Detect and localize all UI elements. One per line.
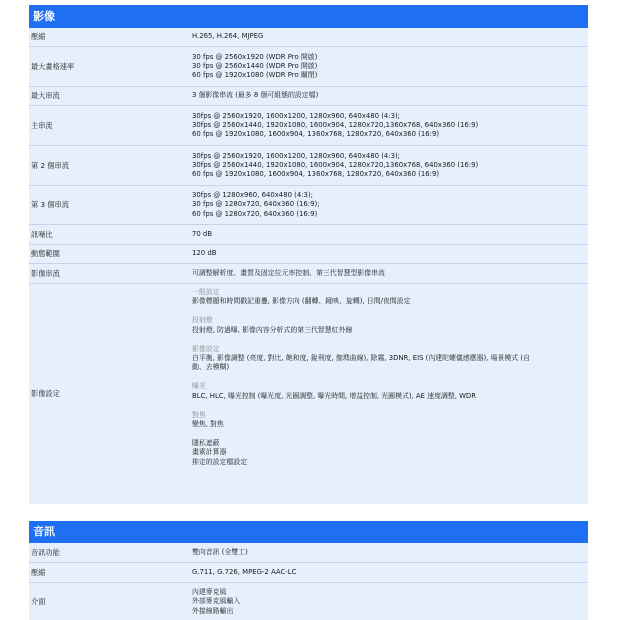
spec-row-image-settings: 影像設定 一般設定 影像標題和時間戳記重疊, 影像方向 (翻轉、鏡映、旋轉), … xyxy=(29,284,588,504)
spec-value: 可調整解析度、畫質及固定位元率控制、第三代智慧型影像串流 xyxy=(192,264,588,283)
spec-label: 訊噪比 xyxy=(29,225,192,244)
spec-value: 3 個影像串流 (最多 8 個可組態的設定檔) xyxy=(192,87,588,105)
spec-value: H.265, H.264, MJPEG xyxy=(192,28,588,46)
settings-group-image: 影像設定 白平衡, 影像調整 (亮度, 對比, 飽和度, 銳利度, 伽瑪曲線),… xyxy=(192,345,588,373)
spec-row-main-stream: 主串流 30fps @ 2560x1920, 1600x1200, 1280x9… xyxy=(29,106,588,146)
spec-value: 內建麥克風 外部麥克風輸入 外接線路輸出 xyxy=(192,583,588,620)
spec-value: G.711, G.726, MPEG-2 AAC-LC xyxy=(192,563,588,582)
spec-label: 影像設定 xyxy=(29,284,192,504)
spec-row-audio-compression: 壓縮 G.711, G.726, MPEG-2 AAC-LC xyxy=(29,563,588,583)
settings-group-illuminator: 投射燈 投射燈, 防過曝, 影像內容分析式的第三代智慧紅外線 xyxy=(192,316,588,334)
spec-label: 第 2 個串流 xyxy=(29,146,192,185)
spec-value: 30 fps @ 2560x1920 (WDR Pro 開啟) 30 fps @… xyxy=(192,47,588,86)
spec-value: 120 dB xyxy=(192,245,588,263)
spec-label: 主串流 xyxy=(29,106,192,145)
spec-row-compression: 壓縮 H.265, H.264, MJPEG xyxy=(29,28,588,47)
spec-value: 70 dB xyxy=(192,225,588,244)
spec-row-audio-interface: 介面 內建麥克風 外部麥克風輸入 外接線路輸出 xyxy=(29,583,588,620)
settings-group-focus: 對焦 變焦, 對焦 xyxy=(192,411,588,429)
spec-value: 雙向音訊 (全雙工) xyxy=(192,543,588,562)
spec-value: 30fps @ 2560x1920, 1600x1200, 1280x960, … xyxy=(192,146,588,185)
spec-label: 音訊功能 xyxy=(29,543,192,562)
spec-row-max-frame-rate: 最大畫格速率 30 fps @ 2560x1920 (WDR Pro 開啟) 3… xyxy=(29,47,588,87)
spec-label: 最大串流 xyxy=(29,87,192,105)
spec-label: 動態範圍 xyxy=(29,245,192,263)
settings-group-general: 一般設定 影像標題和時間戳記重疊, 影像方向 (翻轉、鏡映、旋轉), 日間/夜間… xyxy=(192,288,588,306)
spec-row-video-streaming: 影像串流 可調整解析度、畫質及固定位元率控制、第三代智慧型影像串流 xyxy=(29,264,588,284)
spec-label: 第 3 個串流 xyxy=(29,186,192,224)
settings-group-misc: 隱私遮蔽 畫素計算器 排定的設定檔設定 xyxy=(192,439,588,467)
settings-group-exposure: 曝光 BLC, HLC, 曝光控制 (曝光度, 光圈調整, 曝光時間, 增益控制… xyxy=(192,382,588,400)
spec-value: 一般設定 影像標題和時間戳記重疊, 影像方向 (翻轉、鏡映、旋轉), 日間/夜間… xyxy=(192,284,588,504)
spec-label: 介面 xyxy=(29,583,192,620)
spec-value: 30fps @ 2560x1920, 1600x1200, 1280x960, … xyxy=(192,106,588,145)
spec-label: 壓縮 xyxy=(29,28,192,46)
section-header-audio: 音訊 xyxy=(29,521,588,543)
spec-row-second-stream: 第 2 個串流 30fps @ 2560x1920, 1600x1200, 12… xyxy=(29,146,588,186)
spec-value: 30fps @ 1280x960, 640x480 (4:3); 30 fps … xyxy=(192,186,588,224)
video-spec-section: 影像 壓縮 H.265, H.264, MJPEG 最大畫格速率 30 fps … xyxy=(29,5,588,504)
spec-row-snr: 訊噪比 70 dB xyxy=(29,225,588,245)
spec-label: 壓縮 xyxy=(29,563,192,582)
spec-row-audio-function: 音訊功能 雙向音訊 (全雙工) xyxy=(29,543,588,563)
spec-row-dynamic-range: 動態範圍 120 dB xyxy=(29,245,588,264)
spec-label: 影像串流 xyxy=(29,264,192,283)
spec-row-third-stream: 第 3 個串流 30fps @ 1280x960, 640x480 (4:3);… xyxy=(29,186,588,225)
section-header-video: 影像 xyxy=(29,5,588,28)
audio-spec-section: 音訊 音訊功能 雙向音訊 (全雙工) 壓縮 G.711, G.726, MPEG… xyxy=(29,521,588,620)
spec-row-max-streams: 最大串流 3 個影像串流 (最多 8 個可組態的設定檔) xyxy=(29,87,588,106)
spec-label: 最大畫格速率 xyxy=(29,47,192,86)
